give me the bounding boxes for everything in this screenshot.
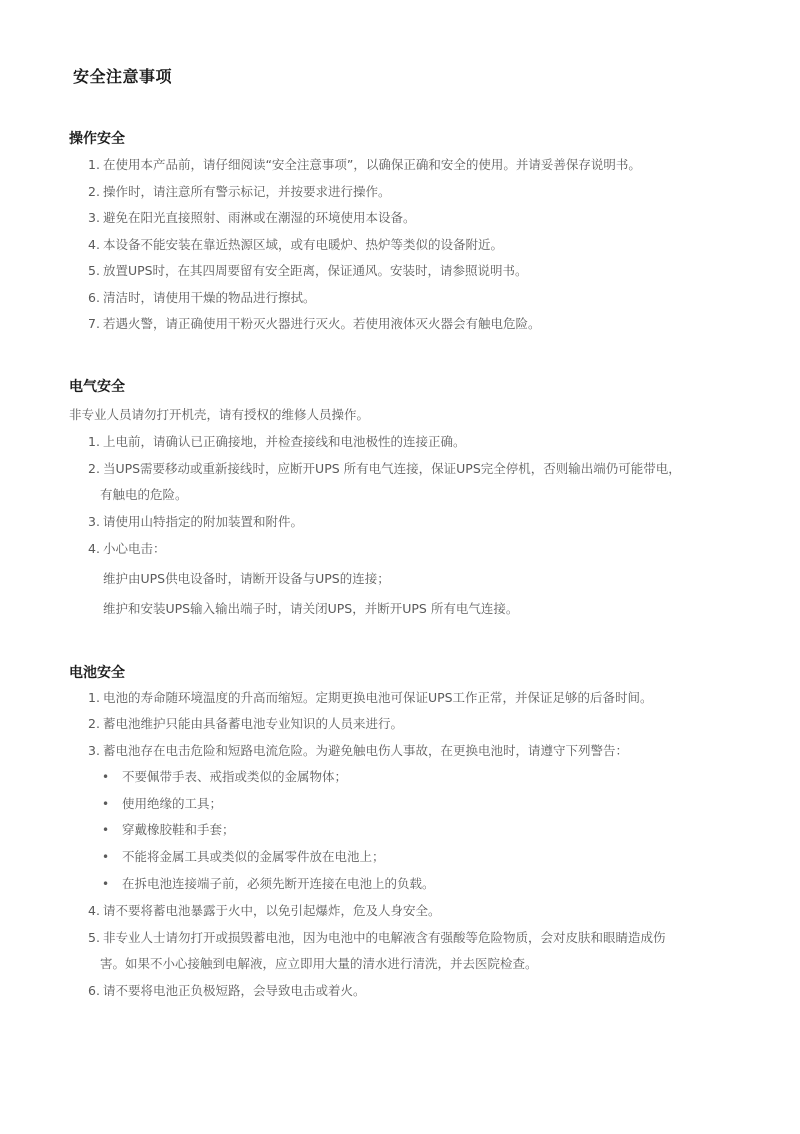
list-item: 4.小心电击： <box>88 541 165 557</box>
list-text: 非专业人士请勿打开或损毁蓄电池，因为电池中的电解液含有强酸等危险物质，会对皮肤和… <box>103 930 666 945</box>
list-item: 2.操作时，请注意所有警示标记，并按要求进行操作。 <box>88 184 390 200</box>
list-text: 电池的寿命随环境温度的升高而缩短。定期更换电池可保证UPS工作正常，并保证足够的… <box>103 690 653 705</box>
bullet-icon: • <box>102 823 109 837</box>
list-number: 7. <box>88 316 100 332</box>
list-item: 5.放置UPS时，在其四周要留有安全距离，保证通风。安装时，请参照说明书。 <box>88 263 528 279</box>
sub-line: 维护由UPS供电设备时，请断开设备与UPS的连接； <box>103 571 390 587</box>
bullet-item: 不要佩带手表、戒指或类似的金属物体； <box>122 769 347 785</box>
list-item: 6.清洁时，请使用干燥的物品进行擦拭。 <box>88 290 315 306</box>
bullet-icon: • <box>102 797 109 811</box>
list-item: 1.在使用本产品前，请仔细阅读“安全注意事项”，以确保正确和安全的使用。并请妥善… <box>88 157 641 173</box>
list-text: 放置UPS时，在其四周要留有安全距离，保证通风。安装时，请参照说明书。 <box>103 263 528 278</box>
list-number: 6. <box>88 983 100 999</box>
list-number: 1. <box>88 434 100 450</box>
list-number: 1. <box>88 690 100 706</box>
list-text: 清洁时，请使用干燥的物品进行擦拭。 <box>103 290 316 305</box>
list-item: 2.当UPS需要移动或重新接线时，应断开UPS 所有电气连接，保证UPS完全停机… <box>88 461 681 477</box>
list-number: 2. <box>88 461 100 477</box>
list-text: 请使用山特指定的附加装置和附件。 <box>103 514 303 529</box>
bullet-icon: • <box>102 770 109 784</box>
list-number: 6. <box>88 290 100 306</box>
list-text: 本设备不能安装在靠近热源区域，或有电暖炉、热炉等类似的设备附近。 <box>103 237 503 252</box>
list-text: 小心电击： <box>103 541 166 556</box>
list-number: 2. <box>88 184 100 200</box>
list-text: 蓄电池维护只能由具备蓄电池专业知识的人员来进行。 <box>103 716 403 731</box>
bullet-item: 使用绝缘的工具； <box>122 796 222 812</box>
list-number: 4. <box>88 541 100 557</box>
list-text: 蓄电池存在电击危险和短路电流危险。为避免触电伤人事故，在更换电池时，请遵守下列警… <box>103 743 628 758</box>
list-number: 4. <box>88 903 100 919</box>
list-number: 3. <box>88 210 100 226</box>
list-item: 1.电池的寿命随环境温度的升高而缩短。定期更换电池可保证UPS工作正常，并保证足… <box>88 690 653 706</box>
section-title-electrical-safety: 电气安全 <box>69 376 125 396</box>
section-title-operation-safety: 操作安全 <box>69 128 125 148</box>
list-item-continuation: 有触电的危险。 <box>100 487 188 503</box>
section-intro: 非专业人员请勿打开机壳，请有授权的维修人员操作。 <box>69 407 369 423</box>
list-item: 4.请不要将蓄电池暴露于火中，以免引起爆炸，危及人身安全。 <box>88 903 440 919</box>
list-text: 操作时，请注意所有警示标记，并按要求进行操作。 <box>103 184 391 199</box>
list-number: 5. <box>88 930 100 946</box>
list-item: 5.非专业人士请勿打开或损毁蓄电池，因为电池中的电解液含有强酸等危险物质，会对皮… <box>88 930 665 946</box>
list-text: 请不要将蓄电池暴露于火中，以免引起爆炸，危及人身安全。 <box>103 903 441 918</box>
list-number: 3. <box>88 514 100 530</box>
bullet-icon: • <box>102 877 109 891</box>
list-text: 避免在阳光直接照射、雨淋或在潮湿的环境使用本设备。 <box>103 210 416 225</box>
list-item: 7.若遇火警，请正确使用干粉灭火器进行灭火。若使用液体灭火器会有触电危险。 <box>88 316 540 332</box>
list-item: 6.请不要将电池正负极短路，会导致电击或着火。 <box>88 983 365 999</box>
list-item: 3.避免在阳光直接照射、雨淋或在潮湿的环境使用本设备。 <box>88 210 415 226</box>
bullet-item: 不能将金属工具或类似的金属零件放在电池上； <box>122 849 385 865</box>
page-title: 安全注意事项 <box>73 64 172 87</box>
list-number: 5. <box>88 263 100 279</box>
bullet-icon: • <box>102 850 109 864</box>
list-item: 3.请使用山特指定的附加装置和附件。 <box>88 514 303 530</box>
sub-line: 维护和安装UPS输入输出端子时，请关闭UPS，并断开UPS 所有电气连接。 <box>103 601 518 617</box>
bullet-item: 穿戴橡胶鞋和手套； <box>122 822 235 838</box>
list-item: 3.蓄电池存在电击危险和短路电流危险。为避免触电伤人事故，在更换电池时，请遵守下… <box>88 743 628 759</box>
bullet-item: 在拆电池连接端子前，必须先断开连接在电池上的负载。 <box>122 876 435 892</box>
list-number: 1. <box>88 157 100 173</box>
list-number: 4. <box>88 237 100 253</box>
list-text: 若遇火警，请正确使用干粉灭火器进行灭火。若使用液体灭火器会有触电危险。 <box>103 316 541 331</box>
list-text: 在使用本产品前，请仔细阅读“安全注意事项”，以确保正确和安全的使用。并请妥善保存… <box>103 157 641 172</box>
list-text: 请不要将电池正负极短路，会导致电击或着火。 <box>103 983 366 998</box>
list-item: 2.蓄电池维护只能由具备蓄电池专业知识的人员来进行。 <box>88 716 403 732</box>
list-item: 1.上电前，请确认已正确接地，并检查接线和电池极性的连接正确。 <box>88 434 465 450</box>
section-title-battery-safety: 电池安全 <box>69 662 125 682</box>
list-item: 4.本设备不能安装在靠近热源区域，或有电暖炉、热炉等类似的设备附近。 <box>88 237 503 253</box>
list-number: 3. <box>88 743 100 759</box>
list-text: 当UPS需要移动或重新接线时，应断开UPS 所有电气连接，保证UPS完全停机，否… <box>103 461 681 476</box>
document-page: 安全注意事项 操作安全 1.在使用本产品前，请仔细阅读“安全注意事项”，以确保正… <box>0 0 800 1134</box>
list-item-continuation: 害。如果不小心接触到电解液，应立即用大量的清水进行清洗，并去医院检查。 <box>100 956 538 972</box>
list-text: 上电前，请确认已正确接地，并检查接线和电池极性的连接正确。 <box>103 434 466 449</box>
list-number: 2. <box>88 716 100 732</box>
